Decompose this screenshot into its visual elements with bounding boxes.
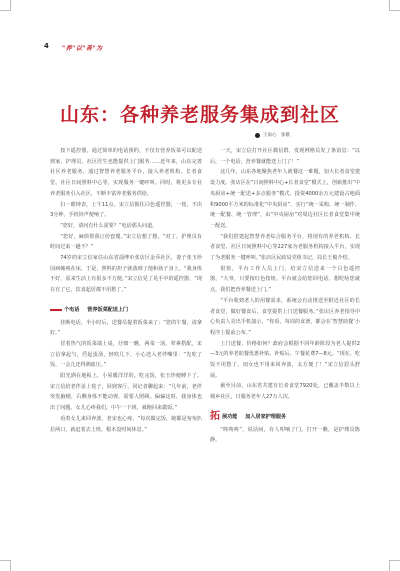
paragraph: 扫一眼钟表，上午11点。宋立信握住白色遥控器，一按，不出3分钟，手机铃声便响了。 [50, 200, 202, 221]
paragraph: 很快，平台工作人员上门，给宋立信送来一个白色遥控器，“大爷，只要按红色按钮，平台… [210, 264, 360, 296]
subheading-lead-text: 展功能 [222, 412, 237, 423]
paragraph: 74岁的宋立信家住山东省淄博市张店区金乔社区，妻子张玉珍因病瘫痪在床，于是，照料… [50, 253, 202, 296]
paragraph: 这几年，山东各地聚焦老年人就餐这一难题，加大长者食堂建设力度。张店区在“日间照料… [210, 167, 360, 231]
subheading-lead-mark [50, 309, 62, 311]
paragraph: “平台收到老人的用餐需求，系统会自动推送至附近社区的长者食堂，做好餐食后，食堂提… [210, 296, 360, 339]
paragraph: 阳光洒在地板上，小屋暖洋洋的。吃完饭，张玉珍便睡下了。宋立信给老伴盖上毯子，回到… [50, 371, 202, 414]
subheading-1: 个电话 营养饭菜配送上门 [50, 305, 202, 316]
left-column: 按下遥控器，通过简单的电话预约，不仅有营养饭菜可以配送到家，护理员、社区医生也能… [50, 146, 202, 435]
byline-authors: 王雨心 张歌 [263, 132, 290, 138]
paragraph: 挂断电话，半小时后，送餐员提着饭菜来了：“您的午餐，请拿好。” [50, 318, 202, 339]
subheading-lead-char: 拓 [210, 412, 220, 422]
article-title: 山东：各种养老服务集成到社区 [0, 100, 400, 127]
paragraph: 按下遥控器，通过简单的电话预约，不仅有营养饭菜可以配送到家，护理员、社区医生也能… [50, 146, 202, 200]
crop-mark-bottom-right [389, 560, 400, 571]
byline: 王雨心 张歌 [255, 132, 290, 138]
subheading-title: 营养饭菜配送上门 [87, 305, 128, 316]
subheading-title: 加入居家护理服务 [245, 412, 286, 423]
paragraph: “您好，请问有什么需要？”电话那头问道。 [50, 221, 202, 232]
section-tag: "养"以"善"为 [62, 43, 103, 52]
paragraph: “咚咚咚”，说话间，有人叩响了门。打开一瞧，是护理员陈静。 [210, 425, 360, 446]
paragraph: 冒着热气的饭菜端上桌，仔细一瞧，两菜一汤，荤素搭配。宋立信拿起勺，舀起蛋汤，轻吹… [50, 339, 202, 371]
crop-mark-bottom-left [0, 560, 11, 571]
paragraph: “我们搭建起智慧养老综合服务平台，将现有的养老机构、长者食堂、社区日间照料中心等… [210, 232, 360, 264]
subheading-lead-text: 个电话 [64, 305, 79, 316]
paragraph: “您好，麻烦帮我订份套餐。”宋立信想了想，“对了，护理员有时间过来一趟不？” [50, 232, 202, 253]
crop-mark-top-right [389, 0, 400, 11]
paragraph: 一天，宋立信打开社区微信群，发现网格员发了条消息：“以后，一个电话，营养餐就能送… [210, 146, 360, 167]
author-icon [255, 133, 260, 138]
right-column: 一天，宋立信打开社区微信群，发现网格员发了条消息：“以后，一个电话，营养餐就能送… [210, 146, 360, 446]
paragraph: 截至目前，山东省共建有长者食堂7920处，已覆盖半数以上城乡社区，日服务老年人2… [210, 381, 360, 402]
paragraph: 上门送餐，价格如何？政府会根据不同年龄阶段为老人提供2—3元的养老助餐优惠补贴。… [210, 339, 360, 382]
subheading-2: 拓 展功能 加入居家护理服务 [210, 412, 360, 423]
page-number: 4 [44, 42, 49, 50]
crop-mark-top-left [0, 0, 11, 11]
paragraph: 看着女儿来回奔波，老宋也心疼。“每次做完饭，她都是匆匆扒拉两口，就赶着去上班，根… [50, 414, 202, 435]
